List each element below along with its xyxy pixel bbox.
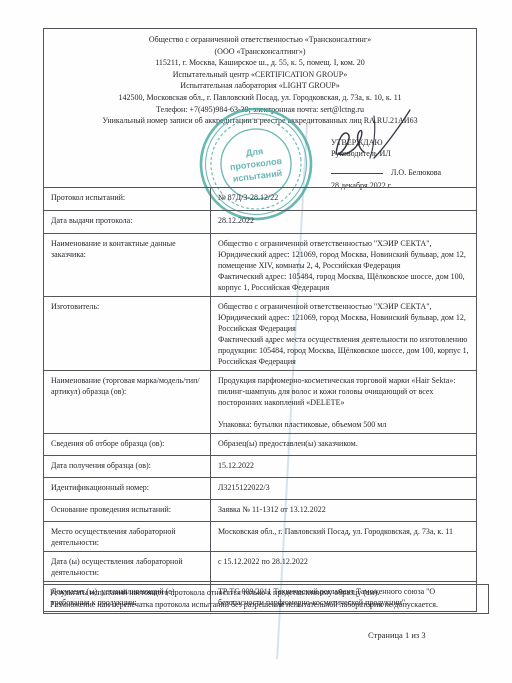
- row-value: Образец(ы) предоставлен(ы) заказчиком.: [211, 434, 477, 456]
- table-row: Дата получения образца (ов): 15.12.2022: [44, 456, 477, 478]
- approval-role: Руководитель ИЛ: [331, 148, 481, 159]
- approval-block: УТВЕРЖДАЮ Руководитель ИЛ Л.О. Белюкова …: [331, 137, 481, 191]
- row-label: Наименование и контактные данные заказчи…: [44, 234, 211, 297]
- row-label: Наименование (торговая марка/модель/тип/…: [44, 371, 211, 434]
- row-label: Идентификационный номер:: [44, 478, 211, 500]
- row-value: Общество с ограниченной ответственностью…: [211, 297, 477, 371]
- table-row: Наименование (торговая марка/модель/тип/…: [44, 371, 477, 434]
- scanned-protocol-page: Общество с ограниченной ответственностью…: [0, 0, 512, 683]
- table-row: Идентификационный номер: Л3215122022/3: [44, 478, 477, 500]
- accreditation-line: Уникальный номер записи об аккредитации …: [44, 115, 476, 127]
- company-address-line: 115211, г. Москва, Каширское ш., д. 55, …: [44, 57, 476, 69]
- cert-center-line: Испытательный центр «CERTIFICATION GROUP…: [44, 69, 476, 81]
- company-short-name-line: (ООО «Трансконсалтинг»): [44, 46, 476, 58]
- table-row: Изготовитель: Общество с ограниченной от…: [44, 297, 477, 371]
- lab-header: Общество с ограниченной ответственностью…: [44, 29, 476, 127]
- table-row: Дата выдачи протокола: 28.12.2022: [44, 211, 477, 234]
- row-value: Заявка № 11-1312 от 13.12.2022: [211, 500, 477, 522]
- lab-address-line: 142500, Московская обл., г. Павловский П…: [44, 92, 476, 104]
- row-label: Основание проведения испытаний:: [44, 500, 211, 522]
- approver-name: Л.О. Белюкова: [391, 167, 441, 178]
- footer-notes-box: Результаты испытаний настоящего протокол…: [43, 584, 489, 614]
- row-value: Московская обл., г. Павловский Посад, ул…: [211, 522, 477, 552]
- row-label: Изготовитель:: [44, 297, 211, 371]
- table-row: Дата (ы) осуществления лабораторной деят…: [44, 552, 477, 582]
- row-value: Общество с ограниченной ответственностью…: [211, 234, 477, 297]
- table-row: Протокол испытаний: № 87Д/3-28.12/22: [44, 188, 477, 211]
- row-value: 15.12.2022: [211, 456, 477, 478]
- row-value: 28.12.2022: [211, 211, 477, 234]
- signature-line: [331, 173, 383, 174]
- row-value: Л3215122022/3: [211, 478, 477, 500]
- protocol-table: Протокол испытаний: № 87Д/3-28.12/22 Дат…: [43, 187, 477, 612]
- row-label: Протокол испытаний:: [44, 188, 211, 211]
- company-name-line: Общество с ограниченной ответственностью…: [44, 34, 476, 46]
- row-label: Дата (ы) осуществления лабораторной деят…: [44, 552, 211, 582]
- table-row: Место осуществления лабораторной деятель…: [44, 522, 477, 552]
- row-value: с 15.12.2022 по 28.12.2022: [211, 552, 477, 582]
- approval-title: УТВЕРЖДАЮ: [331, 137, 481, 148]
- row-label: Дата получения образца (ов):: [44, 456, 211, 478]
- lab-name-line: Испытательная лаборатория «LIGHT GROUP»: [44, 80, 476, 92]
- signature-row: Л.О. Белюкова: [331, 161, 481, 179]
- row-value: № 87Д/3-28.12/22: [211, 188, 477, 211]
- note-line: Результаты испытаний настоящего протокол…: [50, 587, 482, 599]
- page-number: Страница 1 из 3: [368, 630, 426, 640]
- row-label: Сведения об отборе образца (ов):: [44, 434, 211, 456]
- table-row: Основание проведения испытаний: Заявка №…: [44, 500, 477, 522]
- contacts-line: Телефон: +7(495)984-63-39; электронная п…: [44, 104, 476, 116]
- table-row: Сведения об отборе образца (ов): Образец…: [44, 434, 477, 456]
- note-line: Размножение или перепечатка протокола ис…: [50, 599, 482, 611]
- table-row: Наименование и контактные данные заказчи…: [44, 234, 477, 297]
- row-label: Место осуществления лабораторной деятель…: [44, 522, 211, 552]
- row-label: Дата выдачи протокола:: [44, 211, 211, 234]
- row-value: Продукция парфюмерно-косметическая торго…: [211, 371, 477, 434]
